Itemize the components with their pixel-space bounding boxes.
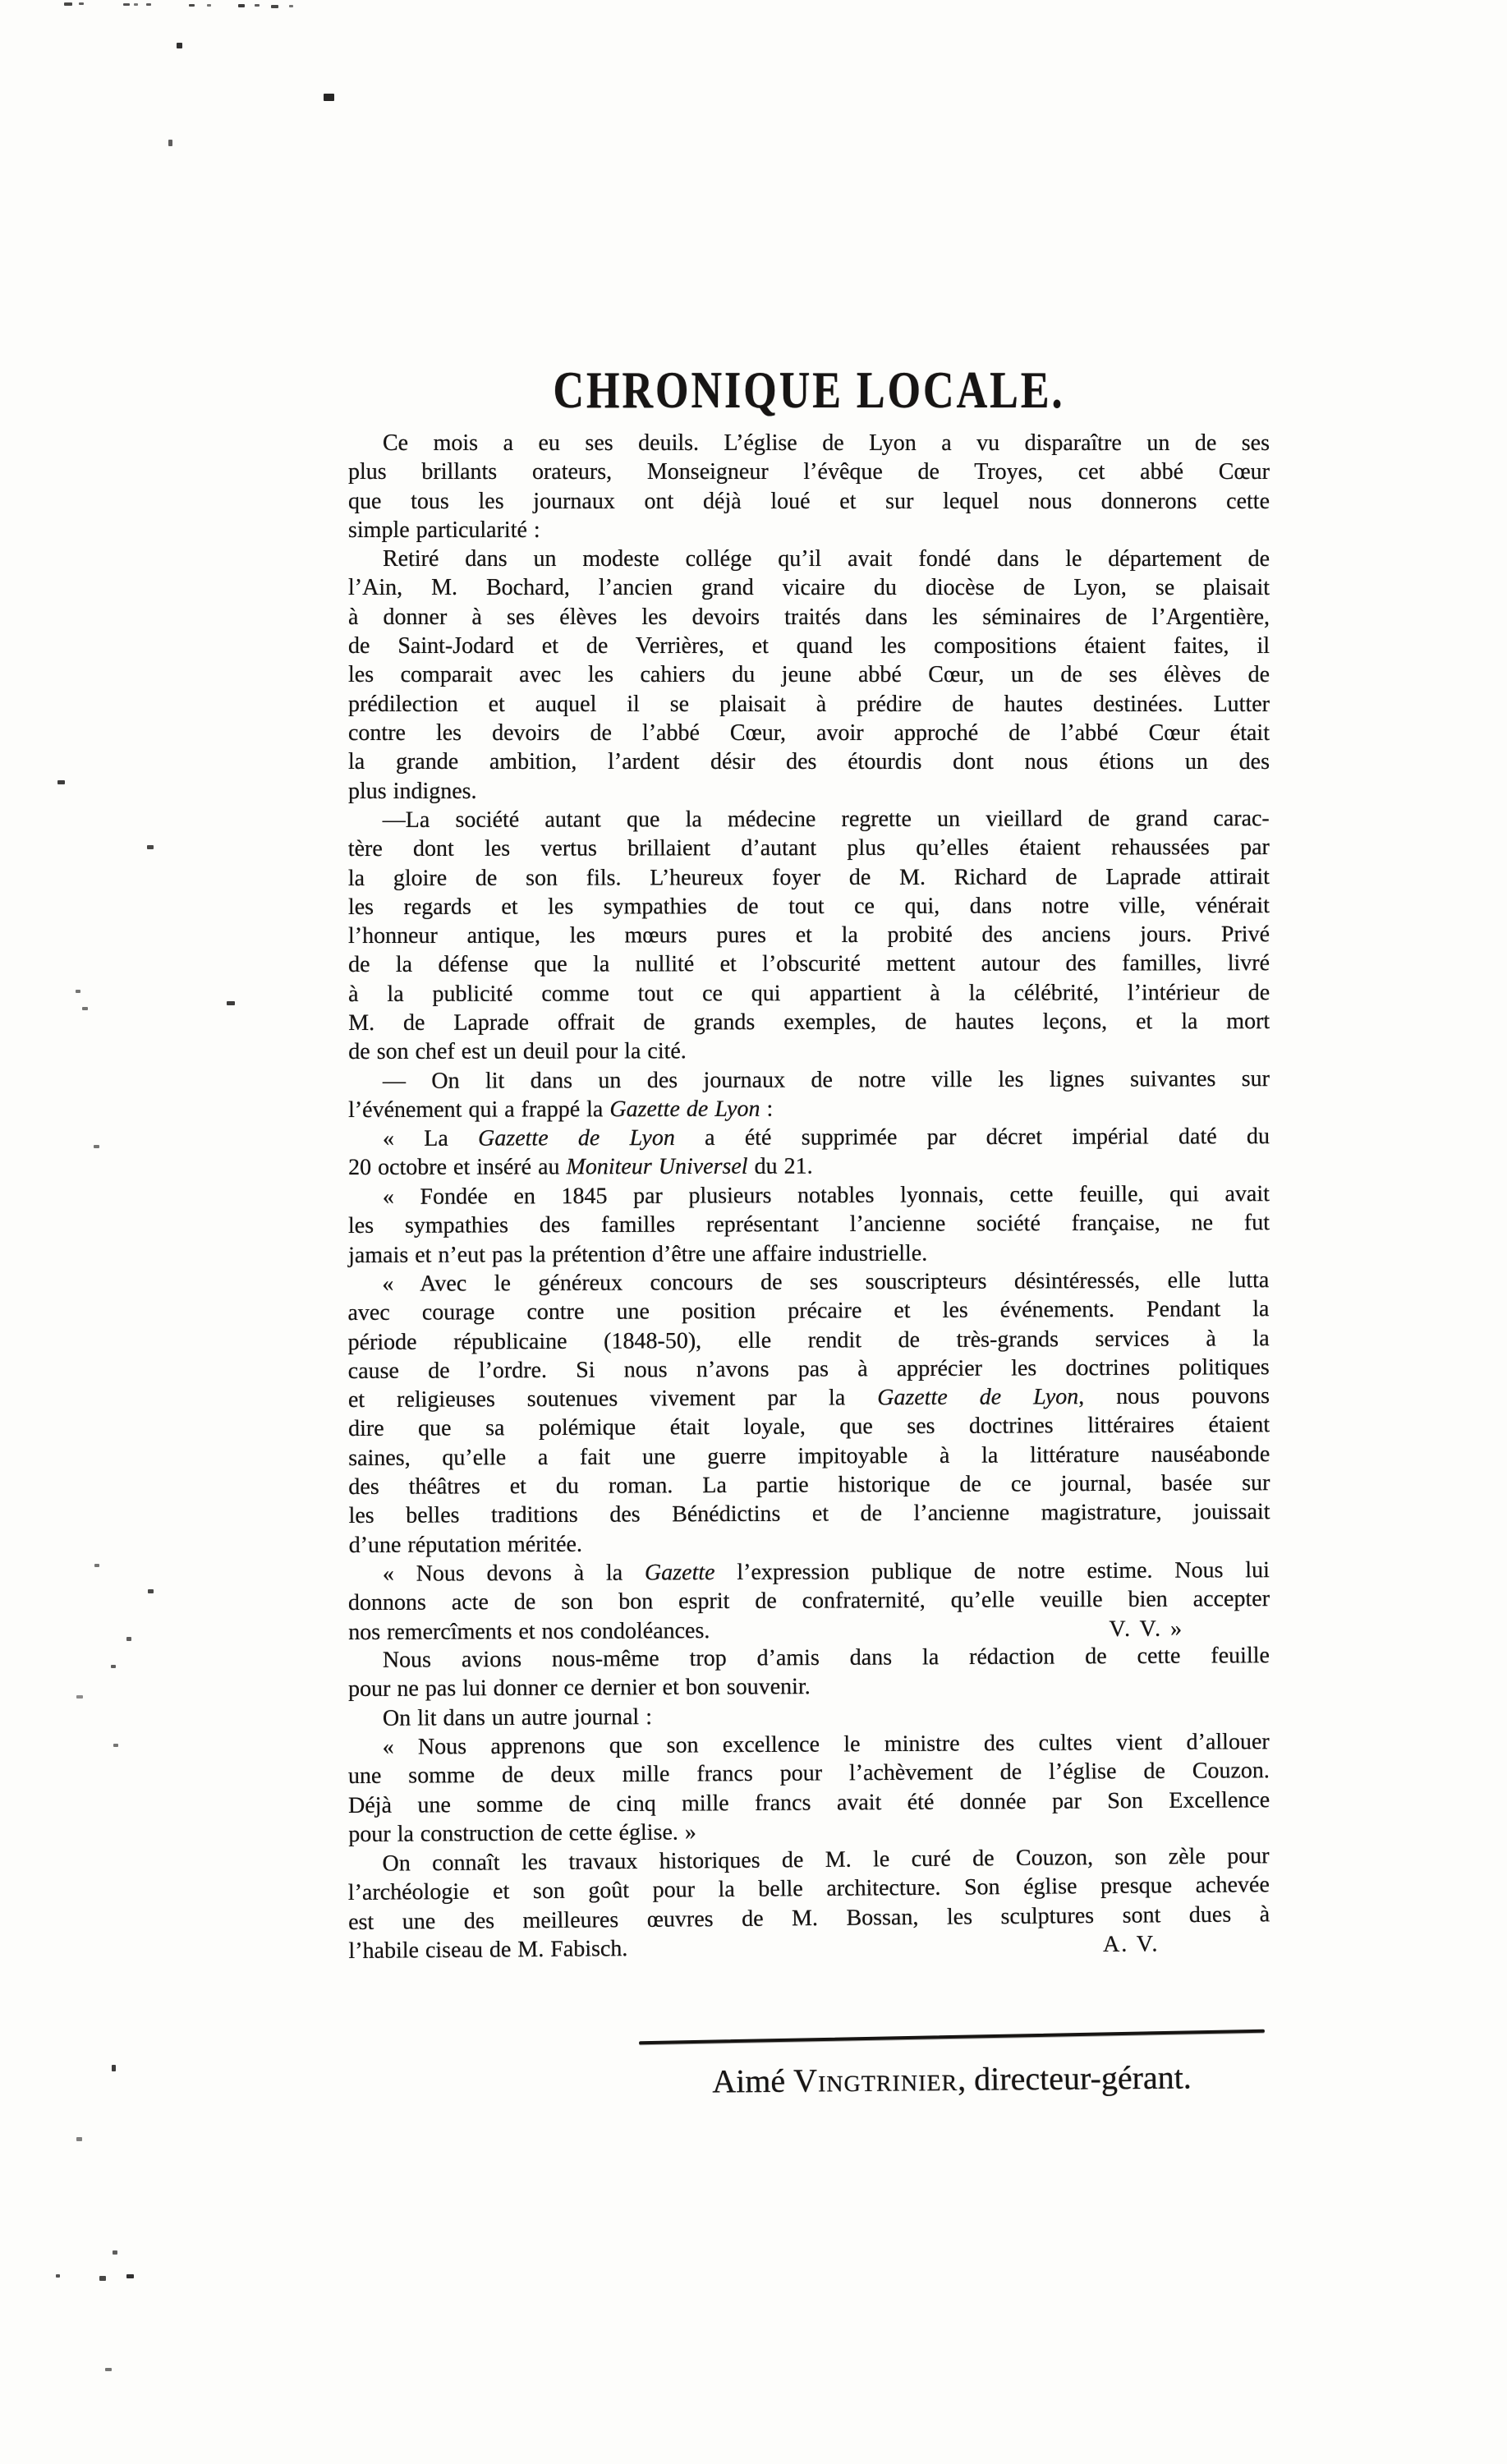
text-segment: de Saint-Jodard et de Verrières, et quan…: [348, 633, 1270, 659]
text-segment: prédilection et auquel il se plaisait à …: [348, 692, 1270, 717]
scan-speck: [177, 43, 182, 48]
text-segment: les regards et les sympathies de tout ce…: [348, 893, 1270, 920]
text-segment: l’événement qui a frappé la: [348, 1096, 609, 1123]
text-line: de la défense que la nullité et l’obscur…: [348, 949, 1270, 979]
paragraph: Nous avions nous-même trop d’amis dans l…: [348, 1642, 1270, 1704]
text-line: période républicaine (1848-50), elle ren…: [348, 1323, 1270, 1356]
text-segment: période républicaine (1848-50), elle ren…: [348, 1325, 1270, 1354]
text-segment: les sympathies des familles représentant…: [348, 1210, 1270, 1239]
text-line: simple particularité :: [348, 516, 1270, 545]
paragraph: « Fondée en 1845 par plusieurs notables …: [348, 1179, 1270, 1270]
text-segment: 20 octobre et inséré au: [348, 1155, 567, 1181]
text-line: « Fondée en 1845 par plusieurs notables …: [348, 1179, 1270, 1211]
text-line: la gloire de son fils. L’heureux foyer d…: [348, 862, 1270, 892]
article-body: Ce mois a eu ses deuils. L’église de Lyo…: [348, 429, 1270, 1965]
author-initials: V. V. »: [1109, 1614, 1183, 1643]
text-line: donnons acte de son bon esprit de confra…: [348, 1584, 1270, 1617]
text-line: les comparait avec les cahiers du jeune …: [348, 660, 1270, 689]
text-segment: a été supprimée par décret impérial daté…: [675, 1124, 1270, 1151]
text-segment: pour la construction de cette église. »: [348, 1820, 696, 1848]
text-line: cause de l’ordre. Si nous n’avons pas à …: [348, 1353, 1270, 1386]
scan-speck: [76, 990, 80, 993]
paragraph: On connaît les travaux historiques de M.…: [347, 1841, 1270, 1965]
text-segment: Gazette de Lyon: [478, 1125, 675, 1152]
scan-speck: [271, 5, 278, 8]
text-segment: les belles traditions des Bénédictins et…: [348, 1499, 1270, 1529]
scan-speck: [134, 3, 138, 6]
text-line: contre les devoirs de l’abbé Cœur, avoir…: [348, 719, 1270, 747]
text-segment: à donner à ses élèves les devoirs traité…: [348, 605, 1270, 630]
text-segment: donnons acte de son bon esprit de confra…: [348, 1586, 1270, 1616]
text-line: « Nous devons à la Gazette l’expression …: [348, 1556, 1270, 1588]
text-line: l’Ain, M. Bochard, l’ancien grand vicair…: [348, 573, 1270, 602]
text-line: plus brillants orateurs, Monseigneur l’é…: [348, 457, 1270, 486]
text-line: dire que sa polémique était loyale, que …: [348, 1410, 1270, 1443]
scan-speck: [227, 1001, 235, 1005]
text-line: Retiré dans un modeste collége qu’il ava…: [348, 545, 1270, 573]
scan-speck: [126, 1637, 131, 1641]
text-line: Ce mois a eu ses deuils. L’église de Lyo…: [348, 429, 1270, 457]
text-line: la grande ambition, l’ardent désir des é…: [348, 747, 1270, 776]
text-segment: saines, qu’elle a fait une guerre impito…: [348, 1441, 1270, 1470]
text-segment: On lit dans un autre journal :: [383, 1704, 652, 1731]
scan-speck: [82, 1007, 88, 1010]
text-segment: Gazette: [645, 1560, 715, 1585]
text-segment: tère dont les vertus brillaient d’autant…: [348, 834, 1270, 862]
text-segment: du 21.: [748, 1154, 813, 1179]
scan-speck: [324, 94, 334, 101]
text-line: les regards et les sympathies de tout ce…: [348, 891, 1270, 922]
text-line: — On lit dans un des journaux de notre v…: [348, 1064, 1270, 1096]
text-segment: « La: [383, 1126, 478, 1152]
paragraph: « Avec le généreux concours de ses sousc…: [347, 1266, 1270, 1560]
signature-line: Aimé Vingtrinier, directeur-gérant.: [639, 2057, 1265, 2101]
scan-speck: [76, 2137, 82, 2141]
text-segment: « Nous devons à la: [383, 1560, 645, 1586]
scanned-page: CHRONIQUE LOCALE. Ce mois a eu ses deuil…: [0, 0, 1507, 2464]
text-line: des théâtres et du roman. La partie hist…: [348, 1469, 1270, 1501]
paragraph: « Nous apprenons que son excellence le m…: [348, 1728, 1270, 1850]
text-segment: dire que sa polémique était loyale, que …: [348, 1412, 1270, 1441]
paragraph: —La société autant que la médecine regre…: [348, 804, 1270, 1067]
scan-speck: [146, 3, 151, 6]
text-line: que tous les journaux ont déjà loué et s…: [348, 487, 1270, 516]
scan-speck: [112, 2065, 116, 2071]
text-line: et religieuses soutenues vivement par la…: [348, 1381, 1270, 1414]
text-segment: de son chef est un deuil pour la cité.: [348, 1039, 687, 1065]
paragraph: Retiré dans un modeste collége qu’il ava…: [348, 545, 1270, 806]
text-segment: pour ne pas lui donner ce dernier et bon…: [348, 1675, 811, 1703]
scan-speck: [126, 2274, 134, 2278]
text-segment: des théâtres et du roman. La partie hist…: [348, 1470, 1270, 1500]
scan-speck: [56, 2274, 60, 2278]
text-line: de son chef est un deuil pour la cité.: [348, 1036, 1270, 1066]
text-line: jamais et n’eut pas la prétention d’être…: [348, 1237, 1270, 1269]
text-line: saines, qu’elle a fait une guerre impito…: [348, 1439, 1270, 1472]
text-segment: et religieuses soutenues vivement par la: [348, 1385, 877, 1413]
text-segment: avec courage contre une position précair…: [347, 1296, 1269, 1326]
text-line: l’événement qui a frappé la Gazette de L…: [348, 1093, 1270, 1124]
text-line: « La Gazette de Lyon a été supprimée par…: [348, 1122, 1270, 1153]
text-segment: la gloire de son fils. L’heureux foyer d…: [348, 863, 1270, 890]
text-segment: d’une réputation méritée.: [349, 1531, 582, 1557]
article-title: CHRONIQUE LOCALE.: [348, 361, 1270, 425]
scan-speck: [94, 1145, 99, 1148]
scan-speck: [79, 2, 84, 5]
text-segment: jamais et n’eut pas la prétention d’être…: [348, 1240, 927, 1267]
text-segment: à la publicité comme tout ce qui apparti…: [348, 980, 1270, 1007]
scan-speck: [113, 1744, 118, 1747]
text-line: avec courage contre une position précair…: [347, 1294, 1269, 1327]
author-initials: A. V.: [1103, 1929, 1160, 1959]
signature-block: Aimé Vingtrinier, directeur-gérant.: [639, 2035, 1265, 2099]
text-segment: — On lit dans un des journaux de notre v…: [383, 1066, 1270, 1094]
text-segment: Gazette de Lyon: [609, 1096, 760, 1122]
paragraph: « La Gazette de Lyon a été supprimée par…: [348, 1122, 1270, 1183]
scan-speck: [64, 2, 72, 6]
text-segment: cause de l’ordre. Si nous n’avons pas à …: [348, 1354, 1270, 1384]
text-segment: Déjà une somme de cinq mille francs avai…: [348, 1787, 1270, 1818]
text-line: pour ne pas lui donner ce dernier et bon…: [348, 1671, 1270, 1704]
text-line: —La société autant que la médecine regre…: [348, 804, 1270, 834]
text-segment: Moniteur Universel: [566, 1154, 747, 1180]
text-segment: plus brillants orateurs, Monseigneur l’é…: [348, 459, 1270, 485]
text-line: de Saint-Jodard et de Verrières, et quan…: [348, 632, 1270, 660]
text-line: plus indignes.: [348, 777, 1270, 806]
text-line: M. de Laprade offrait de grands exemples…: [348, 1007, 1270, 1037]
scan-speck: [99, 2276, 106, 2281]
scan-speck: [255, 4, 260, 7]
scan-speck: [207, 4, 211, 7]
text-line: tère dont les vertus brillaient d’autant…: [348, 833, 1270, 863]
text-segment: contre les devoirs de l’abbé Cœur, avoir…: [348, 720, 1270, 746]
scan-speck: [168, 140, 172, 146]
text-segment: —La société autant que la médecine regre…: [383, 806, 1270, 833]
text-segment: Ce mois a eu ses deuils. L’église de Lyo…: [383, 430, 1270, 456]
text-segment: « Nous apprenons que son excellence le m…: [383, 1730, 1270, 1761]
text-line: les belles traditions des Bénédictins et…: [348, 1497, 1270, 1530]
scan-speck: [289, 5, 293, 7]
text-line: les sympathies des familles représentant…: [348, 1208, 1270, 1240]
text-segment: l’Ain, M. Bochard, l’ancien grand vicair…: [348, 575, 1270, 600]
text-segment: , nous pouvons: [1078, 1383, 1270, 1409]
text-segment: que tous les journaux ont déjà loué et s…: [348, 489, 1270, 514]
paragraph: Ce mois a eu ses deuils. L’église de Lyo…: [348, 429, 1270, 545]
text-segment: M. de Laprade offrait de grands exemples…: [348, 1009, 1270, 1036]
text-segment: les comparait avec les cahiers du jeune …: [348, 662, 1270, 687]
text-segment: une somme de deux mille francs pour l’ac…: [348, 1758, 1270, 1790]
scan-speck: [76, 1695, 83, 1699]
text-segment: plus indignes.: [348, 779, 477, 804]
paragraph: — On lit dans un des journaux de notre v…: [348, 1064, 1270, 1125]
text-line: « Avec le généreux concours de ses sousc…: [347, 1266, 1269, 1299]
scan-speck: [148, 1589, 154, 1593]
scan-speck: [113, 2250, 117, 2255]
text-segment: l’expression publique de notre estime. N…: [714, 1557, 1269, 1585]
text-segment: de la défense que la nullité et l’obscur…: [348, 950, 1270, 977]
text-line: 20 octobre et inséré au Moniteur Univers…: [348, 1151, 1270, 1182]
scan-speck: [147, 845, 154, 849]
text-segment: simple particularité :: [348, 517, 540, 543]
scan-speck: [57, 780, 65, 784]
text-segment: l’honneur antique, les mœurs pures et la…: [348, 922, 1270, 949]
scan-speck: [105, 2368, 112, 2371]
text-line: l’honneur antique, les mœurs pures et la…: [348, 920, 1270, 950]
scan-speck: [111, 1665, 116, 1668]
text-segment: la grande ambition, l’ardent désir des é…: [348, 749, 1270, 775]
separator-rule: [639, 2029, 1265, 2044]
scan-speck: [189, 4, 195, 7]
text-segment: :: [760, 1096, 773, 1121]
paragraph: « Nous devons à la Gazette l’expression …: [348, 1556, 1270, 1647]
text-line: à donner à ses élèves les devoirs traité…: [348, 603, 1270, 632]
text-segment: Nous avions nous-même trop d’amis dans l…: [383, 1643, 1270, 1674]
text-line: d’une réputation méritée.: [349, 1526, 1270, 1559]
text-segment: « Fondée en 1845 par plusieurs notables …: [383, 1181, 1270, 1210]
text-segment: Retiré dans un modeste collége qu’il ava…: [383, 546, 1270, 572]
text-line: à la publicité comme tout ce qui apparti…: [348, 978, 1270, 1009]
text-segment: Aimé: [712, 2062, 793, 2099]
text-line: prédilection et auquel il se plaisait à …: [348, 690, 1270, 719]
text-segment: , directeur-gérant.: [958, 2058, 1192, 2097]
text-segment: Gazette de Lyon: [877, 1384, 1078, 1410]
text-segment: l’habile ciseau de M. Fabisch.: [348, 1935, 627, 1963]
article: CHRONIQUE LOCALE. Ce mois a eu ses deuil…: [348, 361, 1270, 2099]
scan-speck: [94, 1564, 99, 1567]
text-segment: « Avec le généreux concours de ses sousc…: [382, 1267, 1269, 1297]
scan-speck: [238, 4, 245, 7]
text-segment: Vingtrinier: [793, 2061, 958, 2099]
scan-speck: [123, 3, 130, 6]
text-segment: nos remercîments et nos condoléances.: [348, 1617, 710, 1644]
